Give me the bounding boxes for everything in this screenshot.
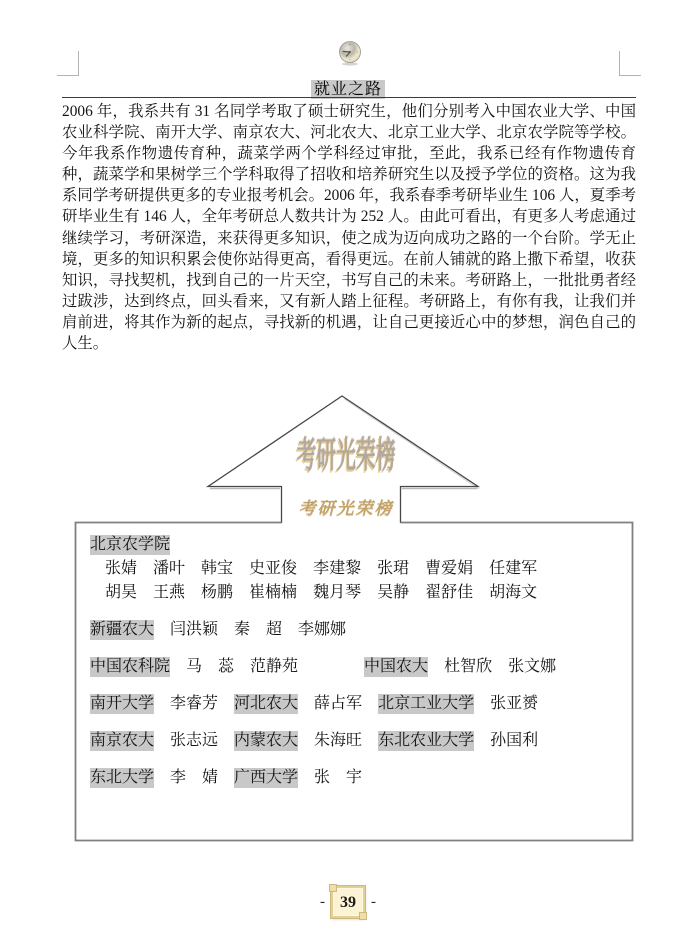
student-name: 李建黎 xyxy=(313,559,361,579)
honor-roll-row: 新疆农大闫洪颖秦 超李娜娜 xyxy=(90,620,623,640)
student-name: 胡昊 xyxy=(105,583,137,603)
student-name: 魏月琴 xyxy=(313,583,361,603)
university-group: 中国农科院马 蕊范静苑中国农大杜智欣张文娜 xyxy=(90,657,623,677)
student-name: 任建军 xyxy=(489,559,537,579)
body-paragraph: 2006 年，我系共有 31 名同学考取了硕士研究生，他们分别考入中国农业大学、… xyxy=(62,101,636,354)
university-group: 南开大学李睿芳河北农大薛占军北京工业大学张亚赟 xyxy=(90,694,623,714)
student-name: 崔楠楠 xyxy=(249,583,297,603)
honor-roll-row: 东北大学李 婧广西大学张 宇 xyxy=(90,768,623,788)
student-name: 李娜娜 xyxy=(298,620,346,640)
student-name: 张亚赟 xyxy=(490,694,538,714)
university-label: 东北农业大学 xyxy=(378,731,474,751)
university-label: 北京农学院 xyxy=(90,535,170,555)
student-name: 张志远 xyxy=(170,731,218,751)
document-page: 就业之路 2006 年，我系共有 31 名同学考取了硕士研究生，他们分别考入中国… xyxy=(0,0,696,931)
student-name: 韩宝 xyxy=(201,559,233,579)
university-label: 广西大学 xyxy=(234,768,298,788)
honor-roll-row: 南开大学李睿芳河北农大薛占军北京工业大学张亚赟 xyxy=(90,694,623,714)
student-name: 李睿芳 xyxy=(170,694,218,714)
university-label: 中国农大 xyxy=(364,657,428,677)
honor-roll-row: 胡昊王燕杨鹏崔楠楠魏月琴吴静翟舒佳胡海文 xyxy=(90,583,623,603)
student-name: 潘叶 xyxy=(153,559,185,579)
header-rule xyxy=(62,97,636,98)
university-group: 南京农大张志远内蒙农大朱海旺东北农业大学孙国利 xyxy=(90,731,623,751)
university-label: 河北农大 xyxy=(234,694,298,714)
student-name: 张 宇 xyxy=(314,768,362,788)
student-name: 范静苑 xyxy=(250,657,298,677)
student-name: 秦 超 xyxy=(234,620,282,640)
university-group: 北京农学院张婧潘叶韩宝史亚俊李建黎张珺曹爱娟任建军胡昊王燕杨鹏崔楠楠魏月琴吴静翟… xyxy=(90,535,623,603)
page-footer: - 39 - xyxy=(0,886,696,918)
student-name: 张文娜 xyxy=(508,657,556,677)
wordart-subtitle: 考研光荣榜 xyxy=(181,494,511,519)
university-label: 内蒙农大 xyxy=(234,731,298,751)
student-name: 薛占军 xyxy=(314,694,362,714)
student-name: 闫洪颖 xyxy=(170,620,218,640)
honor-roll-row: 南京农大张志远内蒙农大朱海旺东北农业大学孙国利 xyxy=(90,731,623,751)
student-name: 史亚俊 xyxy=(249,559,297,579)
page-header: 就业之路 xyxy=(0,76,696,99)
university-label: 新疆农大 xyxy=(90,620,154,640)
university-label: 北京工业大学 xyxy=(378,694,474,714)
footer-dash-right: - xyxy=(371,894,376,911)
student-name: 张珺 xyxy=(377,559,409,579)
footer-dash-left: - xyxy=(320,894,325,911)
university-label: 南开大学 xyxy=(90,694,154,714)
student-name: 王燕 xyxy=(153,583,185,603)
student-name: 胡海文 xyxy=(489,583,537,603)
page-number: 39 xyxy=(331,886,365,918)
header-corner-mark-left xyxy=(57,51,79,76)
university-label: 南京农大 xyxy=(90,731,154,751)
student-name: 马 蕊 xyxy=(186,657,234,677)
header-corner-mark-right xyxy=(619,51,641,76)
clock-icon xyxy=(337,40,363,66)
honor-roll-row: 北京农学院 xyxy=(90,535,623,555)
honor-roll-row: 中国农科院马 蕊范静苑中国农大杜智欣张文娜 xyxy=(90,657,623,677)
honor-roll-row: 张婧潘叶韩宝史亚俊李建黎张珺曹爱娟任建军 xyxy=(90,559,623,579)
student-name: 李 婧 xyxy=(170,768,218,788)
honor-roll-box: 北京农学院张婧潘叶韩宝史亚俊李建黎张珺曹爱娟任建军胡昊王燕杨鹏崔楠楠魏月琴吴静翟… xyxy=(75,523,633,841)
student-name: 孙国利 xyxy=(490,731,538,751)
student-name: 翟舒佳 xyxy=(425,583,473,603)
student-name: 杜智欣 xyxy=(444,657,492,677)
student-name: 吴静 xyxy=(377,583,409,603)
student-name: 杨鹏 xyxy=(201,583,233,603)
university-group: 东北大学李 婧广西大学张 宇 xyxy=(90,768,623,788)
wordart-title: 考研光荣榜 xyxy=(255,434,437,476)
student-name: 张婧 xyxy=(105,559,137,579)
university-label: 中国农科院 xyxy=(90,657,170,677)
student-name: 朱海旺 xyxy=(314,731,362,751)
university-label: 东北大学 xyxy=(90,768,154,788)
student-name: 曹爱娟 xyxy=(425,559,473,579)
university-group: 新疆农大闫洪颖秦 超李娜娜 xyxy=(90,620,623,640)
